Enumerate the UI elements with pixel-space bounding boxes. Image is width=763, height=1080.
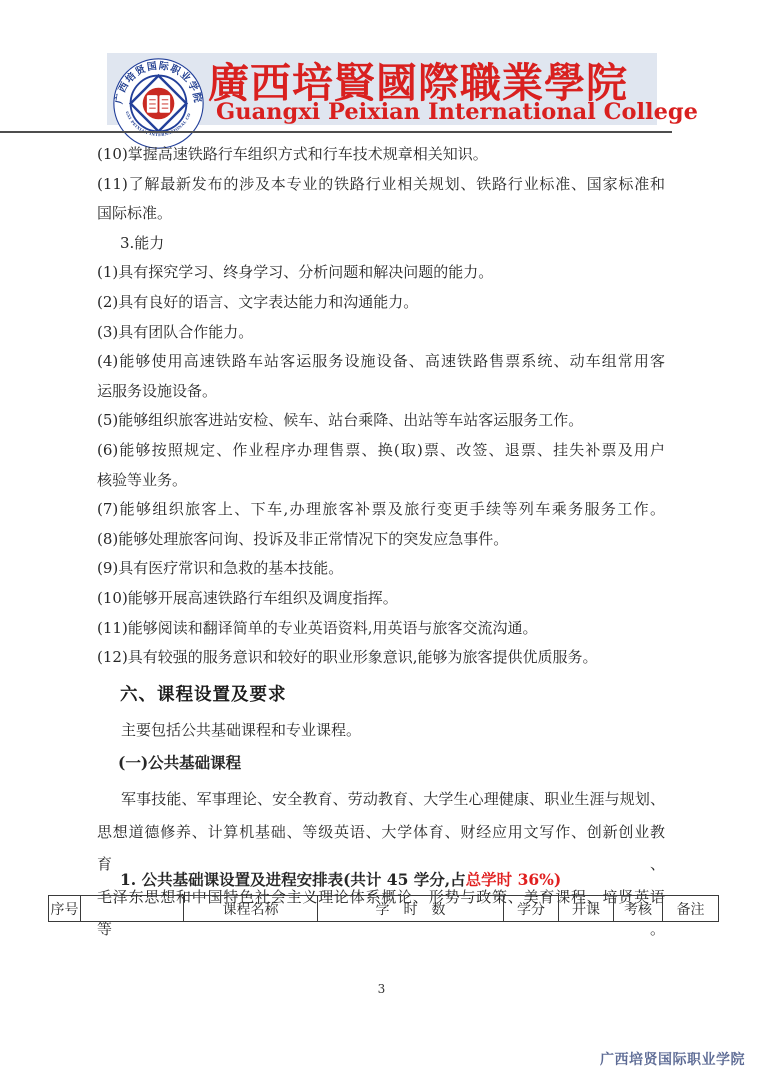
body-line: 3.能力 bbox=[97, 229, 665, 259]
college-title-english: Guangxi Peixian International College bbox=[216, 99, 646, 125]
body-line: (6)能够按照规定、作业程序办理售票、换(取)票、改签、退票、挂失补票及用户 bbox=[97, 436, 665, 466]
body-line: (12)具有较强的服务意识和较好的职业形象意识,能够为旅客提供优质服务。 bbox=[97, 643, 665, 673]
page-number: 3 bbox=[0, 982, 763, 996]
body-line: (10)能够开展高速铁路行车组织及调度指挥。 bbox=[97, 584, 665, 614]
body-line: (4)能够使用高速铁路车站客运服务设施设备、高速铁路售票系统、动车组常用客 bbox=[97, 347, 665, 377]
table-header-row: 序号 课程名称 学 时 数 学分 开课 考核 备注 bbox=[49, 896, 719, 922]
table-header-credits: 学分 bbox=[504, 896, 559, 922]
section-heading: 六、课程设置及要求 bbox=[120, 681, 287, 706]
body-line: (9)具有医疗常识和急救的基本技能。 bbox=[97, 554, 665, 584]
section-intro: 主要包括公共基础课程和专业课程。 bbox=[121, 719, 361, 740]
body-line: (3)具有团队合作能力。 bbox=[97, 318, 665, 348]
body-line: (8)能够处理旅客问询、投诉及非正常情况下的突发应急事件。 bbox=[97, 525, 665, 555]
body-line: (2)具有良好的语言、文字表达能力和沟通能力。 bbox=[97, 288, 665, 318]
body-line: 运服务设施设备。 bbox=[97, 377, 665, 407]
table-header-semester: 开课 bbox=[559, 896, 614, 922]
table-caption-text: 1. 公共基础课设置及进程安排表(共计 45 学分,占 bbox=[120, 870, 466, 889]
table-caption-highlight: 总学时 36%) bbox=[466, 870, 562, 889]
document-page: { "colors": { "title_red": "#d9201f", "c… bbox=[0, 0, 763, 1080]
body-line: (7)能够组织旅客上、下车,办理旅客补票及旅行变更手续等列车乘务服务工作。 bbox=[97, 495, 665, 525]
course-list-line: 军事技能、军事理论、安全教育、劳动教育、大学生心理健康、职业生涯与规划、 bbox=[97, 783, 665, 816]
course-schedule-table: 序号 课程名称 学 时 数 学分 开课 考核 备注 bbox=[48, 895, 719, 922]
table-header-course-name: 课程名称 bbox=[184, 896, 318, 922]
table-header-remarks: 备注 bbox=[663, 896, 719, 922]
table-header-assessment: 考核 bbox=[614, 896, 663, 922]
college-seal-logo: 广西培贤国际职业学院 GUANGXI PEIXIAN INTERNATIONAL… bbox=[112, 57, 205, 150]
table-caption: 1. 公共基础课设置及进程安排表(共计 45 学分,占总学时 36%) bbox=[120, 868, 561, 890]
body-text: (10)掌握高速铁路行车组织方式和行车技术规章相关知识。 (11)了解最新发布的… bbox=[97, 140, 665, 673]
table-header-index: 序号 bbox=[49, 896, 81, 922]
footer-watermark: 广西培贤国际职业学院 bbox=[600, 1049, 745, 1069]
table-header-hours: 学 时 数 bbox=[318, 896, 504, 922]
body-line: (11)了解最新发布的涉及本专业的铁路行业相关规划、铁路行业标准、国家标准和 bbox=[97, 170, 665, 200]
header-divider bbox=[0, 131, 672, 133]
body-line: 国际标准。 bbox=[97, 199, 665, 229]
subsection-heading: (一)公共基础课程 bbox=[118, 751, 241, 773]
body-line: 核验等业务。 bbox=[97, 466, 665, 496]
body-line: (10)掌握高速铁路行车组织方式和行车技术规章相关知识。 bbox=[97, 140, 665, 170]
body-line: (1)具有探究学习、终身学习、分析问题和解决问题的能力。 bbox=[97, 258, 665, 288]
body-line: (5)能够组织旅客进站安检、候车、站台乘降、出站等车站客运服务工作。 bbox=[97, 406, 665, 436]
table-header-category bbox=[81, 896, 184, 922]
body-line: (11)能够阅读和翻译简单的专业英语资料,用英语与旅客交流沟通。 bbox=[97, 614, 665, 644]
